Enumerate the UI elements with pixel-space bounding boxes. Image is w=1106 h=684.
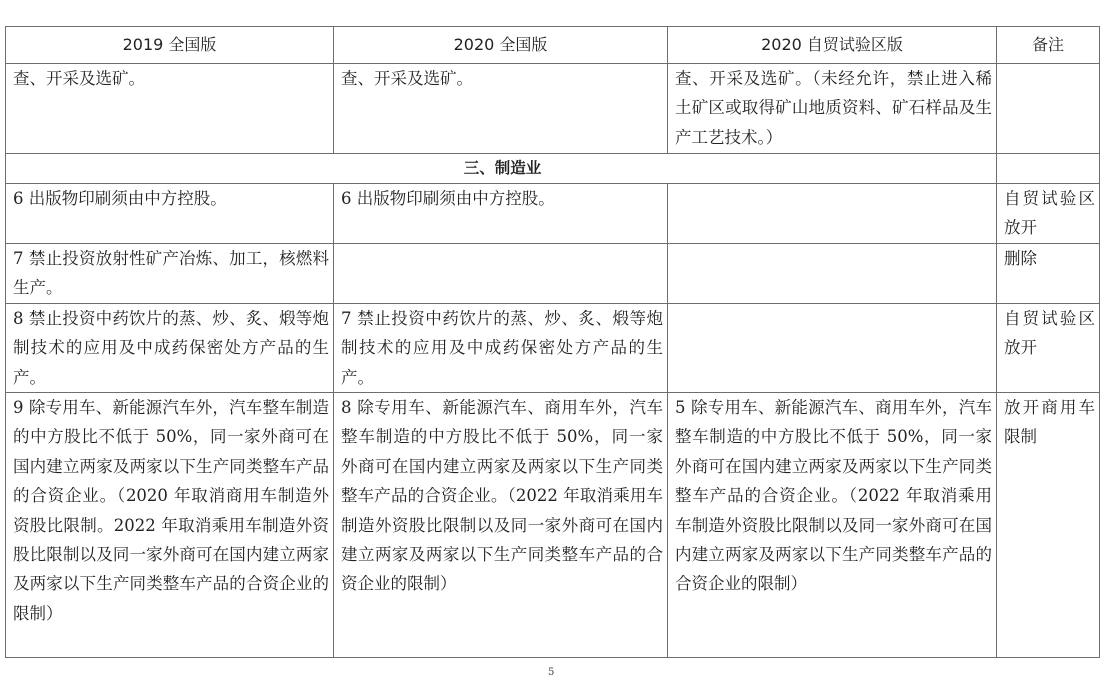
cell-2019: 查、开采及选矿。 — [6, 64, 334, 154]
table-row: 9 除专用车、新能源汽车外，汽车整车制造的中方股比不低于 50%，同一家外商可在… — [6, 393, 1100, 658]
cell-2019: 9 除专用车、新能源汽车外，汽车整车制造的中方股比不低于 50%，同一家外商可在… — [6, 393, 334, 658]
table-row: 6 出版物印刷须由中方控股。 6 出版物印刷须由中方控股。 自贸试验区放开 — [6, 184, 1100, 244]
table-row: 查、开采及选矿。 查、开采及选矿。 查、开采及选矿。（未经允许，禁止进入稀土矿区… — [6, 64, 1100, 154]
cell-note: 自贸试验区放开 — [997, 303, 1100, 392]
section-row: 三、制造业 — [6, 154, 1100, 184]
cell-2020: 查、开采及选矿。 — [334, 64, 668, 154]
header-2020-ftz: 2020 自贸试验区版 — [668, 27, 997, 64]
cell-2019: 7 禁止投资放射性矿产冶炼、加工，核燃料生产。 — [6, 244, 334, 304]
cell-ftz: 5 除专用车、新能源汽车、商用车外，汽车整车制造的中方股比不低于 50%，同一家… — [668, 393, 997, 658]
section-note-cell — [997, 154, 1100, 184]
cell-ftz — [668, 303, 997, 392]
cell-ftz — [668, 244, 997, 304]
cell-note: 删除 — [997, 244, 1100, 304]
cell-2019: 6 出版物印刷须由中方控股。 — [6, 184, 334, 244]
cell-note: 自贸试验区放开 — [997, 184, 1100, 244]
header-2020-national: 2020 全国版 — [334, 27, 668, 64]
cell-2020: 6 出版物印刷须由中方控股。 — [334, 184, 668, 244]
cell-2019: 8 禁止投资中药饮片的蒸、炒、炙、煅等炮制技术的应用及中成药保密处方产品的生产。 — [6, 303, 334, 392]
page-number: 5 — [548, 667, 554, 678]
cell-note — [997, 64, 1100, 154]
header-2019-national: 2019 全国版 — [6, 27, 334, 64]
cell-2020: 8 除专用车、新能源汽车、商用车外，汽车整车制造的中方股比不低于 50%，同一家… — [334, 393, 668, 658]
cell-2020 — [334, 244, 668, 304]
section-title: 三、制造业 — [6, 154, 997, 184]
cell-2020: 7 禁止投资中药饮片的蒸、炒、炙、煅等炮制技术的应用及中成药保密处方产品的生产。 — [334, 303, 668, 392]
table-header-row: 2019 全国版 2020 全国版 2020 自贸试验区版 备注 — [6, 27, 1100, 64]
cell-note: 放开商用车限制 — [997, 393, 1100, 658]
header-notes: 备注 — [997, 27, 1100, 64]
table-row: 8 禁止投资中药饮片的蒸、炒、炙、煅等炮制技术的应用及中成药保密处方产品的生产。… — [6, 303, 1100, 392]
cell-ftz — [668, 184, 997, 244]
table-row: 7 禁止投资放射性矿产冶炼、加工，核燃料生产。 删除 — [6, 244, 1100, 304]
comparison-table: 2019 全国版 2020 全国版 2020 自贸试验区版 备注 查、开采及选矿… — [5, 26, 1100, 658]
cell-ftz: 查、开采及选矿。（未经允许，禁止进入稀土矿区或取得矿山地质资料、矿石样品及生产工… — [668, 64, 997, 154]
